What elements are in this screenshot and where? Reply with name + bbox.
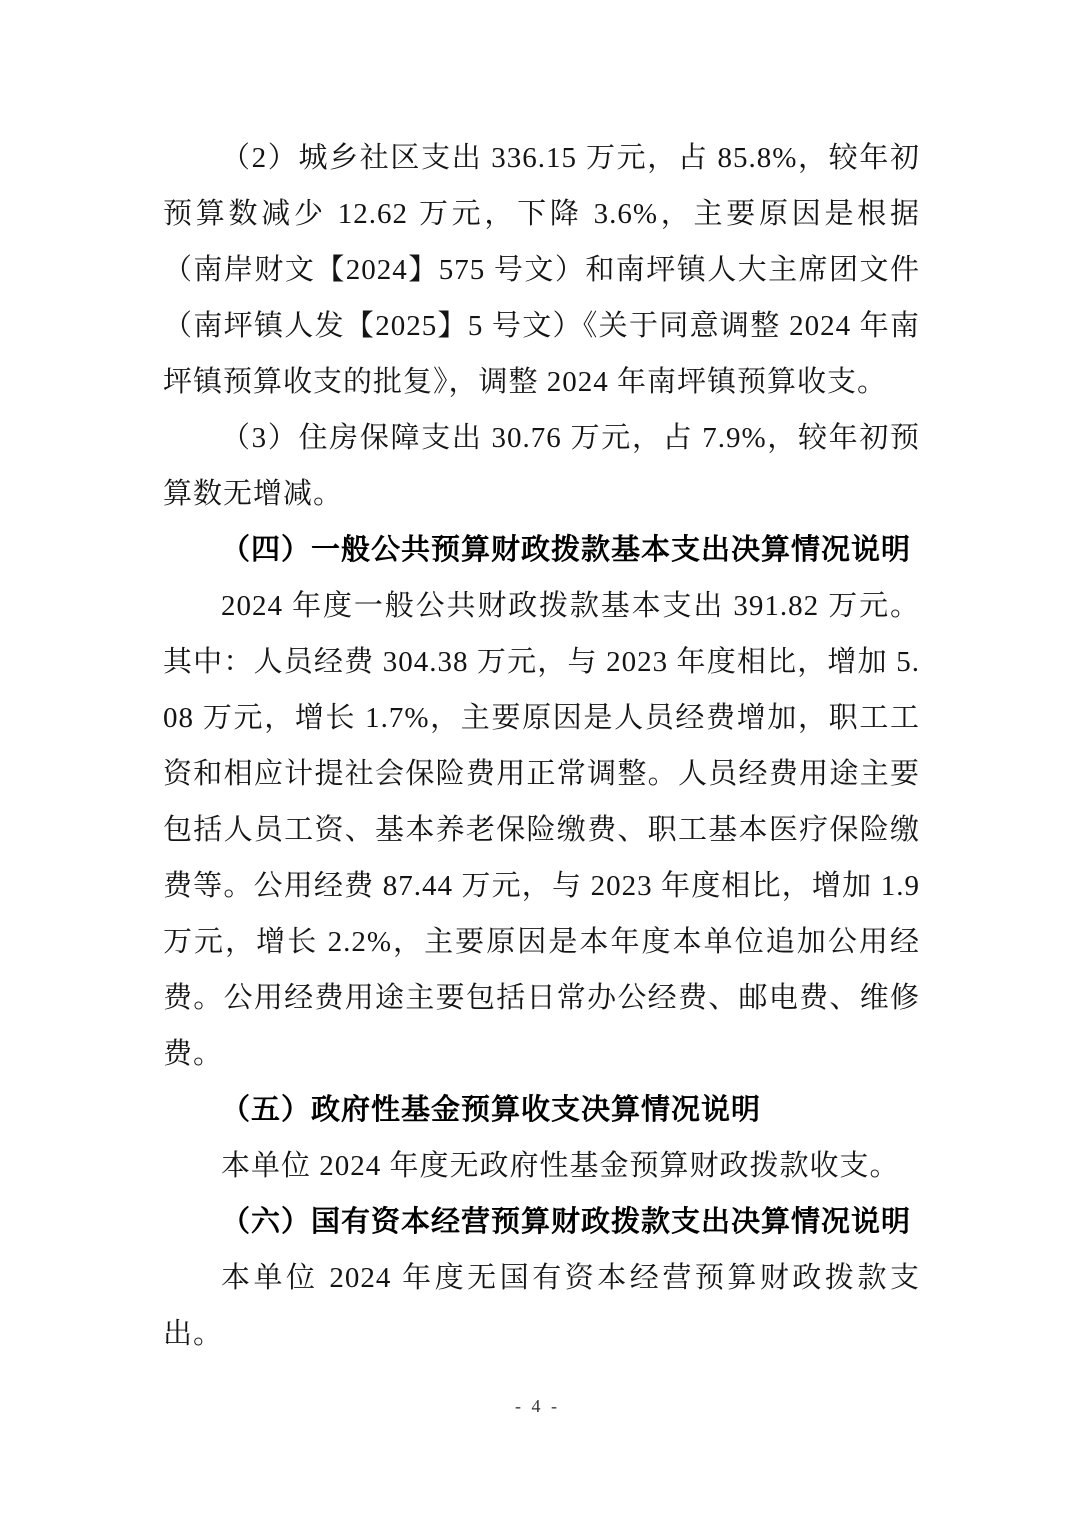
document-body: （2）城乡社区支出 336.15 万元，占 85.8%，较年初预算数减少 12.…: [163, 130, 920, 1362]
document-page: （2）城乡社区支出 336.15 万元，占 85.8%，较年初预算数减少 12.…: [0, 0, 1075, 1520]
heading-section-5-government-fund-budget: （五）政府性基金预算收支决算情况说明: [163, 1082, 920, 1138]
page-number: - 4 -: [0, 1396, 1075, 1417]
paragraph-urban-rural-community-expenditure: （2）城乡社区支出 336.15 万元，占 85.8%，较年初预算数减少 12.…: [163, 130, 920, 410]
paragraph-basic-expenditure-detail: 2024 年度一般公共财政拨款基本支出 391.82 万元。其中：人员经费 30…: [163, 578, 920, 1082]
heading-section-4-basic-expenditure: （四）一般公共预算财政拨款基本支出决算情况说明: [163, 522, 920, 578]
paragraph-housing-security-expenditure: （3）住房保障支出 30.76 万元，占 7.9%，较年初预算数无增减。: [163, 410, 920, 522]
paragraph-government-fund-budget: 本单位 2024 年度无政府性基金预算财政拨款收支。: [163, 1138, 920, 1194]
heading-section-6-state-capital-budget: （六）国有资本经营预算财政拨款支出决算情况说明: [163, 1194, 920, 1250]
paragraph-state-capital-budget: 本单位 2024 年度无国有资本经营预算财政拨款支出。: [163, 1250, 920, 1362]
